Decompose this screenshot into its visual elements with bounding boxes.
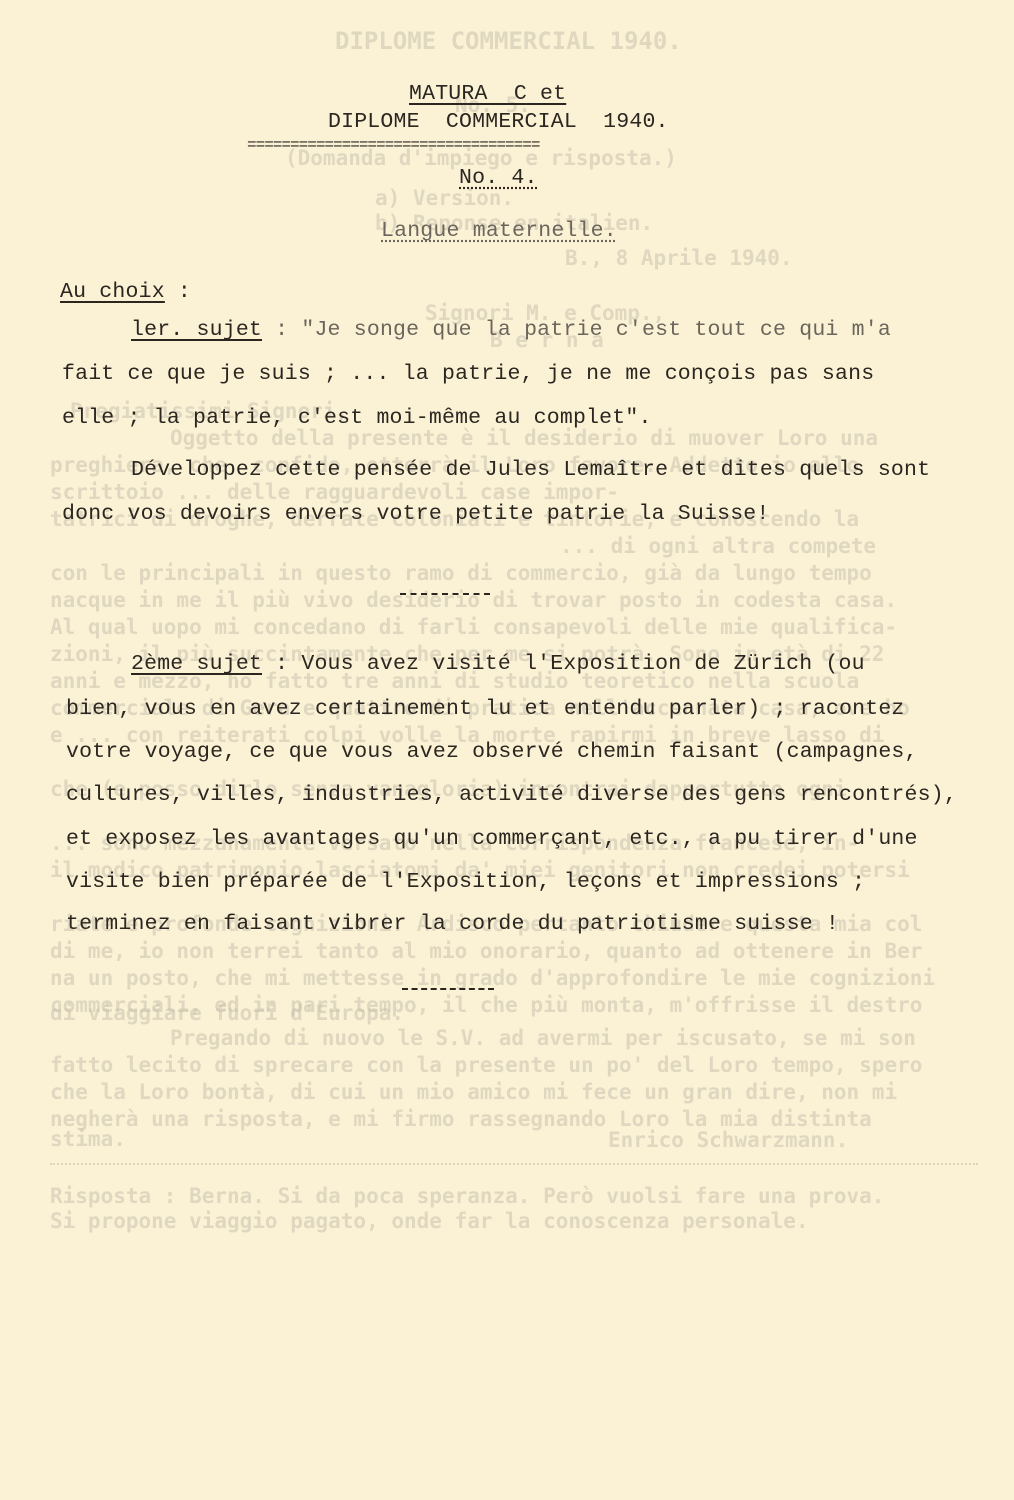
subject2-line: 2ème sujet : Vous avez visité l'Expositi… — [131, 652, 865, 676]
subject2-label: 2ème sujet — [131, 652, 262, 676]
show-through-line: che la Loro bontà, di cui un mio amico m… — [50, 1079, 897, 1106]
subject2-line: votre voyage, ce que vous avez observé c… — [66, 740, 918, 764]
show-through-signature: Enrico Schwarzmann. — [608, 1127, 848, 1154]
subject1-instruction: Développez cette pensée de Jules Lemaîtr… — [131, 458, 930, 482]
subject2-line: terminez en faisant vibrer la corde du p… — [66, 912, 839, 936]
subject1-label: ler. sujet — [131, 318, 262, 342]
show-through-line: ... di ogni altra compete — [560, 533, 876, 560]
show-through-line: nacque in me il più vivo desiderio di tr… — [50, 587, 897, 614]
show-through-line: stima. — [50, 1126, 126, 1153]
subject1-line: elle ; la patrie, c'est moi-même au comp… — [62, 406, 652, 430]
exam-title-line1: MATURA C et — [409, 82, 566, 106]
show-through-line: di viaggiare fuori d'Europa. — [50, 1000, 404, 1027]
show-through-line: B., 8 Aprile 1940. — [565, 245, 793, 272]
subject1-line: ler. sujet : "Je songe que la patrie c'e… — [131, 318, 891, 342]
show-through-line: Al qual uopo mi concedano di farli consa… — [50, 614, 897, 641]
subject1-instruction: donc vos devoirs envers votre petite pat… — [62, 502, 770, 526]
section-divider — [402, 988, 494, 990]
subject1-line: fait ce que je suis ; ... la patrie, je … — [62, 362, 874, 386]
subject2-line: bien, vous en avez certainement lu et en… — [66, 697, 905, 721]
show-through-title: DIPLOME COMMERCIAL 1940. — [335, 28, 682, 55]
subject2-line: visite bien préparée de l'Exposition, le… — [66, 870, 865, 894]
document-number: No. 4. — [459, 166, 538, 190]
choice-heading: Au choix : — [60, 280, 191, 304]
exam-title-line2: DIPLOME COMMERCIAL 1940. — [328, 110, 669, 134]
show-through-line: Risposta : Berna. Si da poca speranza. P… — [50, 1183, 884, 1210]
show-through-line: Pregando di nuovo le S.V. ad avermi per … — [170, 1025, 916, 1052]
document-subject: Langue maternelle. — [381, 219, 617, 243]
section-divider — [400, 593, 490, 595]
subject2-line: et exposez les avantages qu'un commerçan… — [66, 827, 918, 851]
show-through-rule — [50, 1163, 978, 1165]
show-through-line: con le principali in questo ramo di comm… — [50, 560, 872, 587]
show-through-line: fatto lecito di sprecare con la presente… — [50, 1052, 922, 1079]
subject2-line: cultures, villes, industries, activité d… — [66, 783, 957, 807]
title-separator: ================================== — [247, 140, 539, 150]
show-through-line: Si propone viaggio pagato, onde far la c… — [50, 1208, 809, 1235]
show-through-line: di me, io non terrei tanto al mio onorar… — [50, 938, 922, 965]
